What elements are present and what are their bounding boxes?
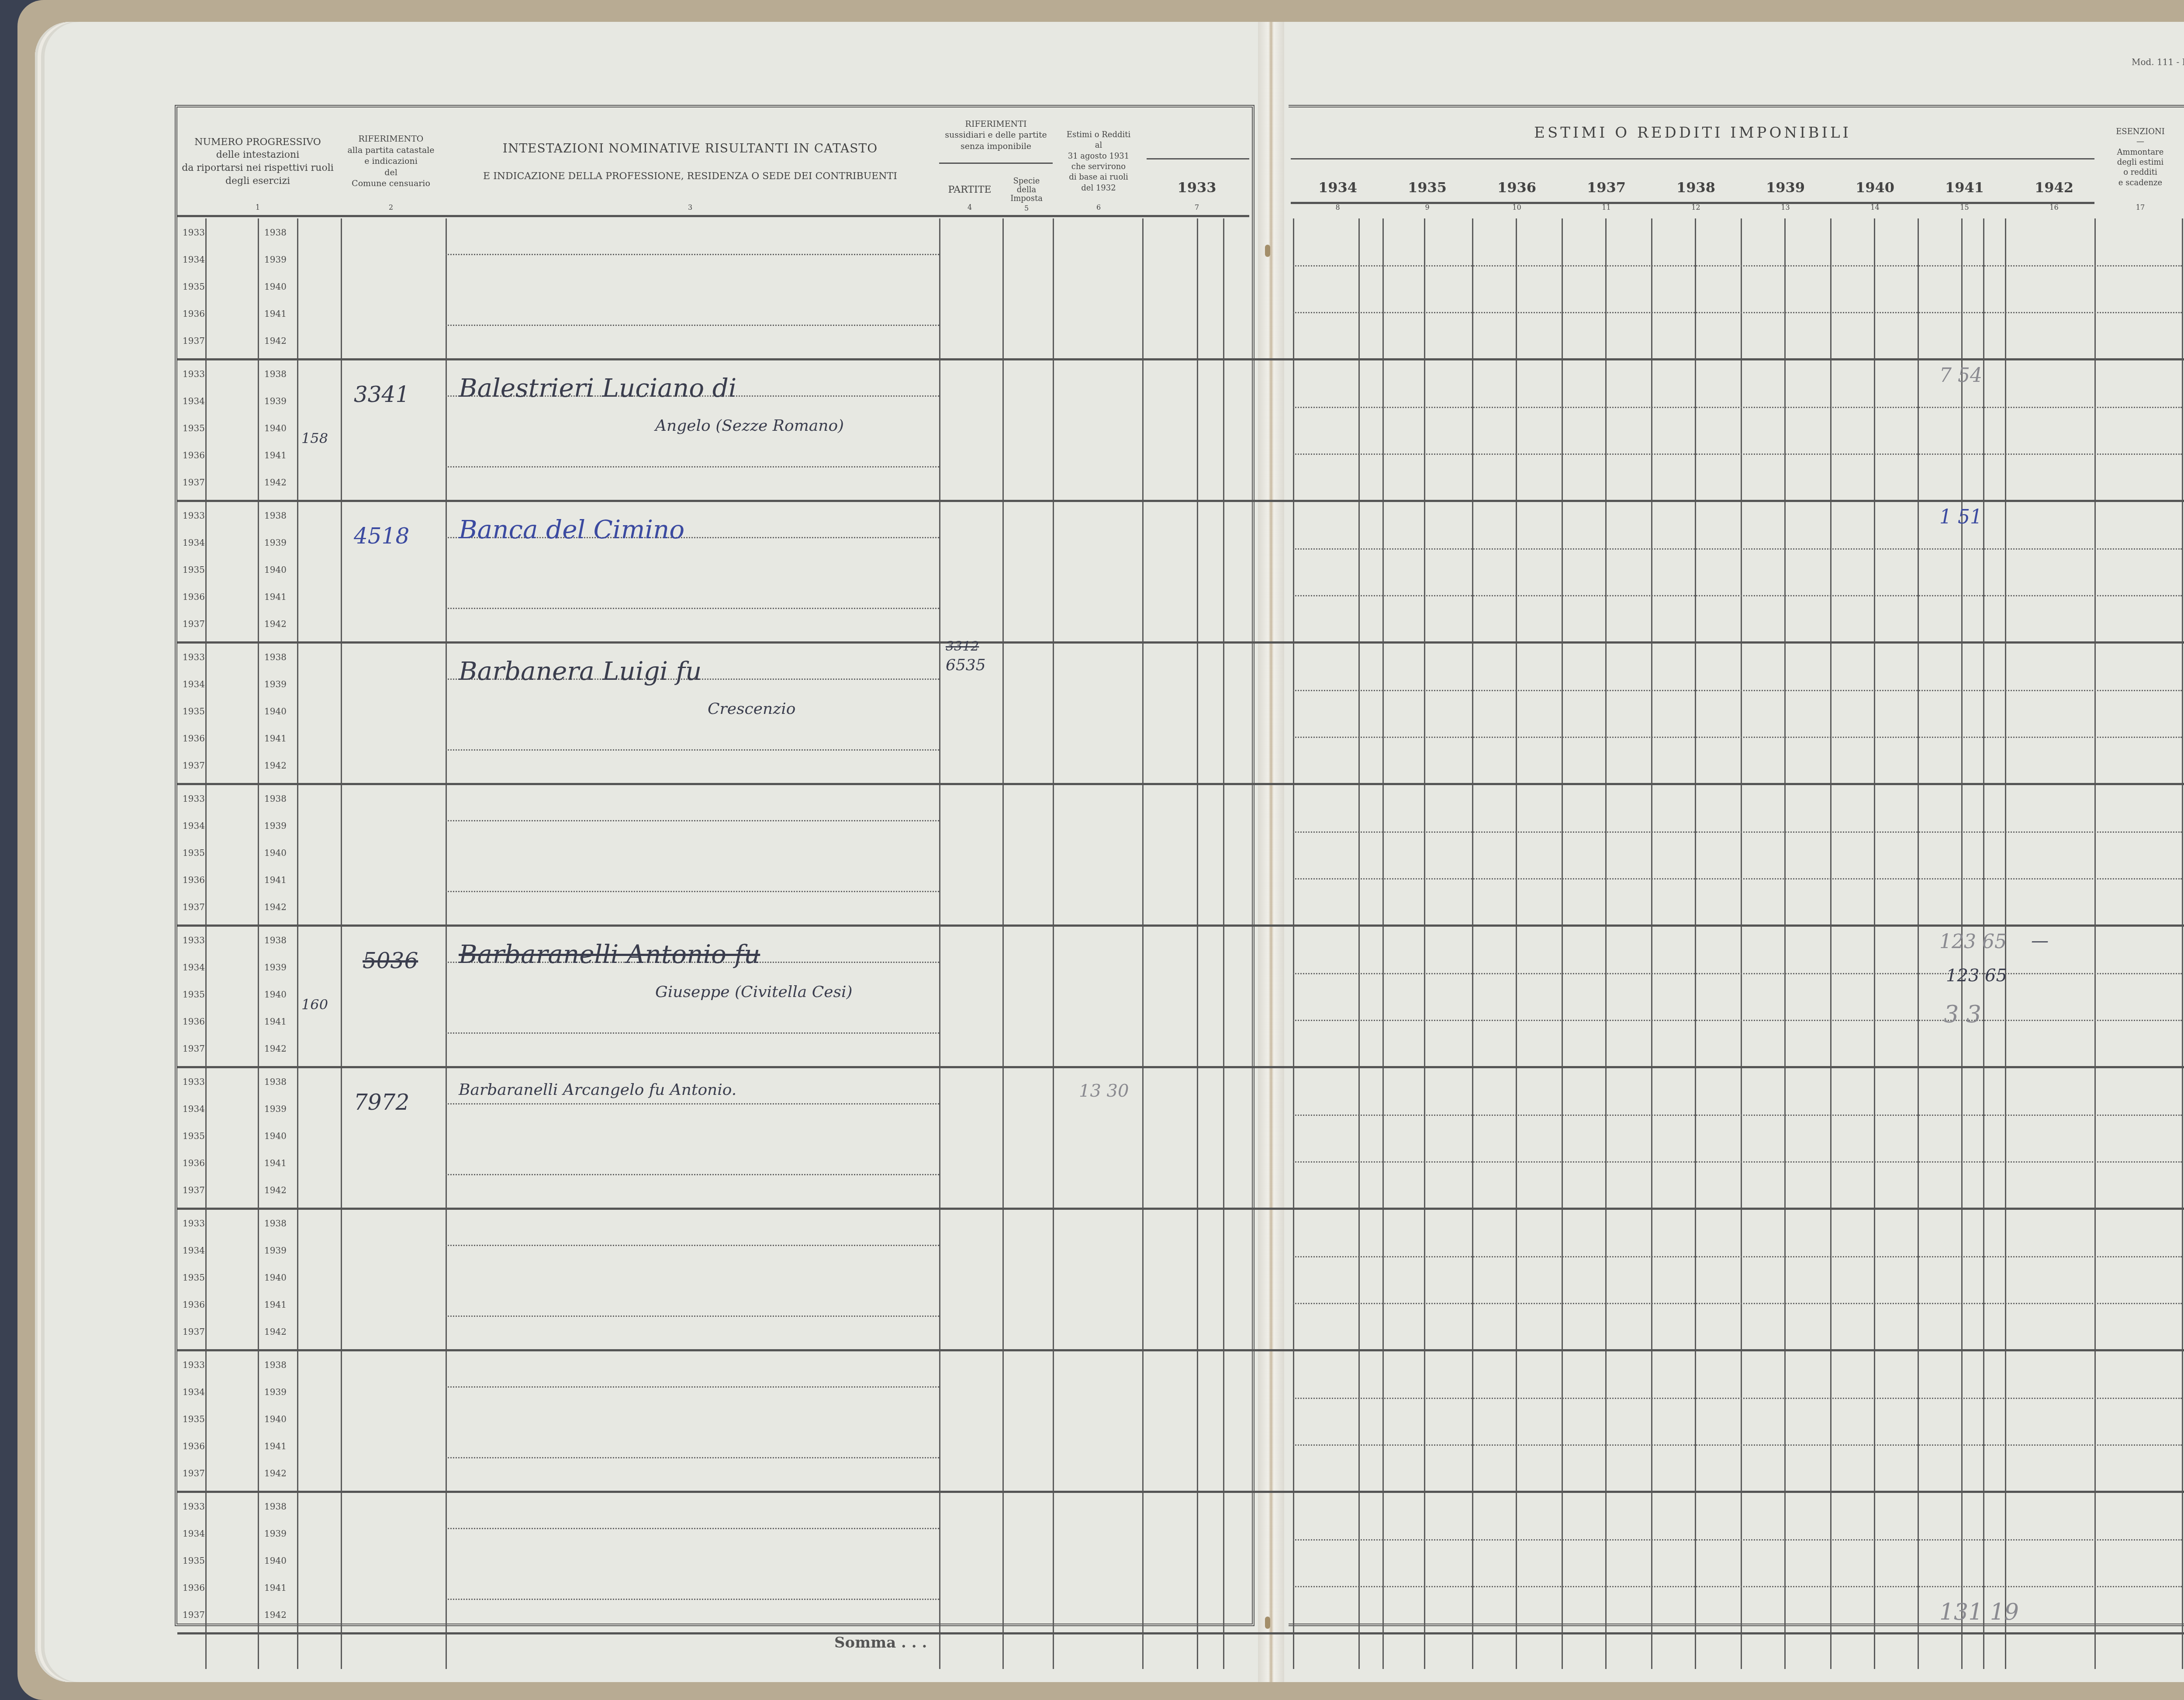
binding-stitch (1265, 245, 1270, 257)
header-year-1936: 193610 (1472, 162, 1562, 214)
year-label: 1933 (183, 227, 205, 238)
grid-column-line (1002, 218, 1004, 1669)
year-label: 1937 (1587, 178, 1626, 197)
taxpayer-name: Balestrieri Luciano di (459, 373, 736, 403)
header-year-1938: 193812 (1651, 162, 1741, 214)
year-label: 1933 (183, 652, 205, 662)
header-text: e indicazioni (364, 156, 418, 167)
year-label: 1942 (264, 1043, 287, 1054)
header-year-1937: 193711 (1562, 162, 1651, 214)
dotted-guide (1293, 831, 2182, 833)
year-label: 1942 (264, 1610, 287, 1620)
header-divider (1291, 202, 2094, 204)
dotted-guide (1293, 1020, 2182, 1021)
year-label: 1937 (183, 1043, 205, 1054)
header-text: Specie (1013, 177, 1040, 186)
header-divider (1291, 158, 2094, 159)
header-text: 31 agosto 1931 (1068, 151, 1130, 162)
dotted-guide (446, 749, 939, 751)
year-label: 1941 (264, 1441, 287, 1451)
book-gutter (1258, 22, 1284, 1682)
dotted-guide (1293, 312, 2182, 313)
header-col7: 1933 7 (1144, 162, 1249, 214)
header-text: alla partita catastale (347, 145, 434, 156)
row-divider (177, 924, 2184, 927)
column-number: 3 (688, 203, 692, 212)
binding-stitch (1265, 1617, 1270, 1629)
year-label: 1935 (183, 423, 205, 433)
year-label: 1941 (264, 733, 287, 744)
year-label: 1942 (264, 1468, 287, 1478)
taxpayer-name: Banca del Cimino (459, 515, 684, 544)
year-label: 1941 (264, 308, 287, 319)
dotted-guide (446, 608, 939, 609)
partita-number: 7972 (354, 1090, 409, 1115)
column-number: 11 (1602, 203, 1610, 212)
header-col2: RIFERIMENTO alla partita catastale e ind… (341, 109, 441, 214)
year-label: 1941 (264, 450, 287, 460)
header-col1: NUMERO PROGRESSIVO delle intestazioni da… (179, 109, 336, 214)
year-label: 1942 (264, 619, 287, 629)
year-label: 1935 (183, 281, 205, 292)
column-number: 9 (1425, 203, 1429, 212)
year-label: 1941 (1945, 178, 1984, 197)
dotted-guide (1293, 1303, 2182, 1304)
dotted-guide (446, 1599, 939, 1600)
taxpayer-name: Barbaranelli Arcangelo fu Antonio. (459, 1081, 736, 1099)
header-text: degli estimi (2117, 157, 2164, 167)
value-1941-b: 123 65 (1946, 966, 2007, 986)
column-number: 4 (968, 203, 972, 212)
partite-value: 6535 (946, 656, 986, 674)
year-label: 1939 (264, 254, 287, 265)
dotted-guide (446, 891, 939, 892)
left-table-frame (175, 105, 1254, 1626)
dotted-guide (1293, 265, 2182, 267)
dotted-guide (1293, 1115, 2182, 1116)
year-label: 1941 (264, 1016, 287, 1027)
year-label: 1938 (264, 1501, 287, 1512)
grid-column-line (1516, 218, 1517, 1669)
grid-column-line (297, 218, 298, 1669)
year-label: 1937 (183, 1468, 205, 1478)
column-number: 12 (1691, 203, 1700, 212)
grid-column-line (205, 218, 207, 1669)
year-label: 1940 (264, 706, 287, 717)
year-label: 1942 (264, 1185, 287, 1195)
year-label: 1936 (183, 1582, 205, 1593)
year-label: 1938 (264, 793, 287, 804)
dotted-guide (1293, 407, 2182, 408)
header-divider (939, 163, 1053, 164)
year-label: 1937 (183, 1326, 205, 1337)
value-1941: 1 51 (1939, 506, 1982, 528)
header-col45: RIFERIMENTI sussidiari e delle partite s… (939, 109, 1053, 162)
dotted-guide (446, 1528, 939, 1529)
year-label: 1939 (264, 1528, 287, 1539)
progressive-number: 158 (301, 430, 328, 447)
year-label: 1939 (264, 679, 287, 689)
grid-column-line (1830, 218, 1832, 1669)
year-label: 1936 (183, 1441, 205, 1451)
column-number: 13 (1781, 203, 1790, 212)
grid-column-line (1358, 218, 1360, 1669)
year-label: 1939 (264, 821, 287, 831)
dotted-guide (446, 466, 939, 467)
dotted-guide (446, 820, 939, 821)
year-label: 1933 (183, 935, 205, 945)
header-year-1934: 19348 (1293, 162, 1382, 214)
year-label: 1938 (1676, 178, 1715, 197)
header-col3: INTESTAZIONI NOMINATIVE RISULTANTI IN CA… (446, 109, 935, 214)
column-number: 7 (1195, 203, 1199, 212)
year-label: 1935 (183, 706, 205, 717)
year-label: 1940 (264, 1272, 287, 1283)
dotted-guide (446, 1386, 939, 1388)
year-label: 1936 (183, 1158, 205, 1168)
year-label: 1941 (264, 592, 287, 602)
year-label: 1933 (183, 369, 205, 379)
grid-column-line (1918, 218, 1919, 1669)
grid-column-line (1197, 218, 1198, 1669)
year-label: 1935 (183, 848, 205, 858)
year-label: 1934 (183, 1104, 205, 1114)
year-label: 1938 (264, 1360, 287, 1370)
year-label: 1936 (183, 875, 205, 885)
year-label: 1940 (264, 1414, 287, 1424)
header-text: senza imponibile (961, 141, 1031, 152)
year-label: 1934 (183, 537, 205, 548)
header-year-1935: 19359 (1382, 162, 1472, 214)
year-label: 1936 (183, 1299, 205, 1310)
year-label: 1940 (264, 1555, 287, 1566)
year-label: 1938 (264, 652, 287, 662)
row-divider (177, 1491, 2184, 1493)
dotted-guide (446, 325, 939, 326)
pencil-note: 3 3 (1944, 1001, 1981, 1028)
header-text: RIFERIMENTI (965, 119, 1027, 130)
grid-column-line (446, 218, 447, 1669)
year-label: 1934 (183, 1387, 205, 1397)
taxpayer-name-line2: Giuseppe (Civitella Cesi) (655, 983, 853, 1001)
year-label: 1941 (264, 1158, 287, 1168)
dotted-guide (1293, 737, 2182, 738)
grid-column-line (1293, 218, 1294, 1669)
value-1941: 123 65 (1939, 931, 2007, 953)
column-number: 16 (2049, 203, 2058, 212)
year-label: 1938 (264, 510, 287, 521)
row-divider (177, 1349, 2184, 1351)
year-label: 1933 (183, 1501, 205, 1512)
dotted-guide (1293, 878, 2182, 879)
dotted-guide (1293, 454, 2182, 455)
dotted-guide (1293, 973, 2182, 974)
year-label: 1938 (264, 1218, 287, 1229)
year-label: 1935 (183, 1414, 205, 1424)
year-label: 1933 (1177, 178, 1216, 197)
value-1942: — (2031, 931, 2049, 951)
header-text: del (384, 167, 397, 179)
year-label: 1934 (183, 396, 205, 406)
grid-column-line (258, 218, 259, 1669)
year-label: 1939 (264, 537, 287, 548)
year-label: 1939 (264, 1387, 287, 1397)
header-text: del 1932 (1081, 183, 1116, 194)
year-label: 1942 (264, 477, 287, 488)
column-number: 17 (2136, 203, 2145, 212)
taxpayer-name-line2: Crescenzio (708, 700, 795, 718)
grid-column-line (341, 218, 342, 1669)
year-label: 1934 (183, 1245, 205, 1256)
column-number: 5 (1024, 204, 1029, 212)
year-label: 1942 (2035, 178, 2073, 197)
year-label: 1937 (183, 1185, 205, 1195)
year-label: 1934 (183, 962, 205, 973)
taxpayer-name-line2: Angelo (Sezze Romano) (655, 417, 844, 435)
year-label: 1936 (183, 592, 205, 602)
header-col6: Estimi o Redditi al 31 agosto 1931 che s… (1055, 109, 1142, 214)
header-text: NUMERO PROGRESSIVO (194, 136, 321, 149)
column-number: 2 (389, 203, 393, 212)
year-label: 1937 (183, 477, 205, 488)
year-label: 1940 (264, 281, 287, 292)
year-label: 1940 (264, 423, 287, 433)
row-divider (177, 783, 2184, 785)
grid-column-line (1562, 218, 1563, 1669)
row-divider (177, 358, 2184, 360)
year-label: 1937 (183, 902, 205, 912)
dotted-guide (446, 1103, 939, 1104)
partita-number: 5036 (363, 948, 418, 973)
row-divider (177, 641, 2184, 644)
header-text: RIFERIMENTO (359, 134, 424, 145)
dotted-guide (446, 1457, 939, 1458)
year-label: 1936 (183, 308, 205, 319)
grid-column-line (1651, 218, 1652, 1669)
partita-number: 4518 (354, 523, 409, 549)
header-year-1941: 194115 (1920, 162, 2009, 214)
header-subtitle: E INDICAZIONE DELLA PROFESSIONE, RESIDEN… (483, 170, 897, 183)
year-label: 1935 (183, 1272, 205, 1283)
grid-column-line (1784, 218, 1786, 1669)
year-label: 1937 (183, 336, 205, 346)
dotted-guide (1293, 1586, 2182, 1587)
header-text: che servirono (1071, 162, 1126, 172)
grid-column-line (1695, 218, 1696, 1669)
taxpayer-name: Barbaranelli Antonio fu (459, 939, 760, 969)
header-text: delle intestazioni (216, 149, 300, 162)
header-text: Imposta (1010, 194, 1043, 203)
year-label: 1935 (183, 1131, 205, 1141)
year-label: 1936 (1497, 178, 1536, 197)
dotted-guide (1293, 548, 2182, 550)
progressive-number: 160 (301, 996, 328, 1013)
header-year-1940: 194014 (1830, 162, 1920, 214)
year-label: 1937 (183, 619, 205, 629)
header-text: PARTITE (948, 184, 992, 197)
row-divider (177, 1066, 2184, 1068)
year-label: 1935 (183, 1555, 205, 1566)
year-label: 1940 (1856, 178, 1894, 197)
column-number: 14 (1870, 203, 1879, 212)
dotted-guide (446, 254, 939, 255)
year-label: 1936 (183, 450, 205, 460)
header-text: di base ai ruoli (1069, 172, 1128, 183)
column-number: 6 (1096, 203, 1101, 212)
year-label: 1940 (264, 989, 287, 1000)
dotted-guide (446, 1316, 939, 1317)
dotted-guide (446, 1245, 939, 1246)
header-text: della (1017, 186, 1036, 194)
grid-column-line (1053, 218, 1054, 1669)
year-label: 1940 (264, 1131, 287, 1141)
grid-column-line (1605, 218, 1607, 1669)
taxpayer-name: Barbanera Luigi fu (459, 656, 702, 686)
year-label: 1941 (264, 1582, 287, 1593)
header-divider (177, 215, 1249, 217)
dotted-guide (1293, 1444, 2182, 1446)
year-label: 1935 (183, 564, 205, 575)
year-label: 1933 (183, 510, 205, 521)
year-label: 1934 (183, 254, 205, 265)
dotted-guide (446, 1174, 939, 1175)
header-col5: Specie della Imposta 5 (1002, 166, 1051, 214)
grid-column-line (1382, 218, 1384, 1669)
year-label: 1933 (183, 1077, 205, 1087)
year-label: 1942 (264, 902, 287, 912)
grid-column-line (2182, 218, 2183, 1669)
grid-column-line (1472, 218, 1473, 1669)
header-col4: PARTITE 4 (939, 166, 1000, 214)
year-label: 1937 (183, 1610, 205, 1620)
header-divider (1147, 158, 1249, 159)
header-year-1939: 193913 (1741, 162, 1830, 214)
row-divider (177, 1208, 2184, 1210)
header-text: ESENZIONI (2116, 127, 2165, 137)
year-label: 1933 (183, 793, 205, 804)
year-label: 1940 (264, 848, 287, 858)
column-number: 1 (256, 203, 260, 212)
value-1941: 7 54 (1939, 364, 1982, 387)
dotted-guide (1293, 595, 2182, 596)
dotted-guide (1293, 1161, 2182, 1163)
year-label: 1938 (264, 227, 287, 238)
column-number: 10 (1512, 203, 1521, 212)
year-label: 1942 (264, 760, 287, 771)
dotted-guide (1293, 690, 2182, 691)
year-label: 1938 (264, 935, 287, 945)
header-col17: ESENZIONI — Ammontare degli estimi o red… (2097, 100, 2184, 214)
header-title: INTESTAZIONI NOMINATIVE RISULTANTI IN CA… (503, 140, 878, 157)
year-label: 1939 (264, 962, 287, 973)
year-label: 1939 (264, 396, 287, 406)
year-label: 1938 (264, 369, 287, 379)
dotted-guide (1293, 1539, 2182, 1541)
header-text: Comune censuario (352, 178, 430, 190)
year-label: 1941 (264, 1299, 287, 1310)
header-text: da riportarsi nei rispettivi ruoli (182, 162, 334, 175)
dotted-guide (1293, 1398, 2182, 1399)
partite-struck: 3312 (946, 639, 979, 654)
partita-number: 3341 (354, 382, 409, 407)
year-label: 1939 (264, 1245, 287, 1256)
estimo-1931: 13 30 (1079, 1081, 1129, 1101)
dotted-guide (1293, 1256, 2182, 1257)
column-number: 15 (1960, 203, 1969, 212)
column-number: 8 (1335, 203, 1340, 212)
header-text: Ammontare (2117, 147, 2164, 157)
header-text: Estimi o Redditi (1067, 130, 1130, 140)
year-label: 1936 (183, 733, 205, 744)
header-text: o redditi (2123, 167, 2157, 177)
grid-column-line (1424, 218, 1425, 1669)
year-label: 1939 (264, 1104, 287, 1114)
grid-column-line (1142, 218, 1144, 1669)
year-label: 1937 (183, 760, 205, 771)
header-text: al (1095, 140, 1102, 151)
header-text: degli esercizi (225, 175, 290, 188)
header-estimi-title: ESTIMI O REDDITI IMPONIBILI (1293, 109, 2092, 157)
row-divider (177, 1632, 2184, 1634)
grid-column-line (2094, 218, 2096, 1669)
grid-column-line (1741, 218, 1742, 1669)
sum-label: Somma . . . (834, 1634, 927, 1652)
dotted-guide (446, 1032, 939, 1034)
header-text: — (2136, 137, 2144, 147)
year-label: 1939 (1766, 178, 1805, 197)
year-label: 1935 (183, 989, 205, 1000)
year-label: 1933 (183, 1360, 205, 1370)
year-label: 1935 (1408, 178, 1447, 197)
grid-column-line (939, 218, 940, 1669)
year-label: 1942 (264, 336, 287, 346)
grid-column-line (1874, 218, 1875, 1669)
year-label: 1938 (264, 1077, 287, 1087)
year-label: 1934 (183, 1528, 205, 1539)
year-label: 1934 (1318, 178, 1357, 197)
header-text: e scadenze (2118, 178, 2162, 188)
year-label: 1941 (264, 875, 287, 885)
year-label: 1940 (264, 564, 287, 575)
year-label: 1942 (264, 1326, 287, 1337)
row-divider (177, 500, 2184, 502)
header-text: sussidiari e delle partite (945, 130, 1047, 141)
year-label: 1934 (183, 679, 205, 689)
grid-column-line (1223, 218, 1224, 1669)
year-label: 1936 (183, 1016, 205, 1027)
year-label: 1933 (183, 1218, 205, 1229)
form-model-label: Mod. 111 - Imposte Dirette (Intercalare)… (2132, 57, 2184, 67)
header-year-1942: 194216 (2009, 162, 2099, 214)
year-label: 1934 (183, 821, 205, 831)
total-1941: 131 19 (1939, 1599, 2019, 1625)
